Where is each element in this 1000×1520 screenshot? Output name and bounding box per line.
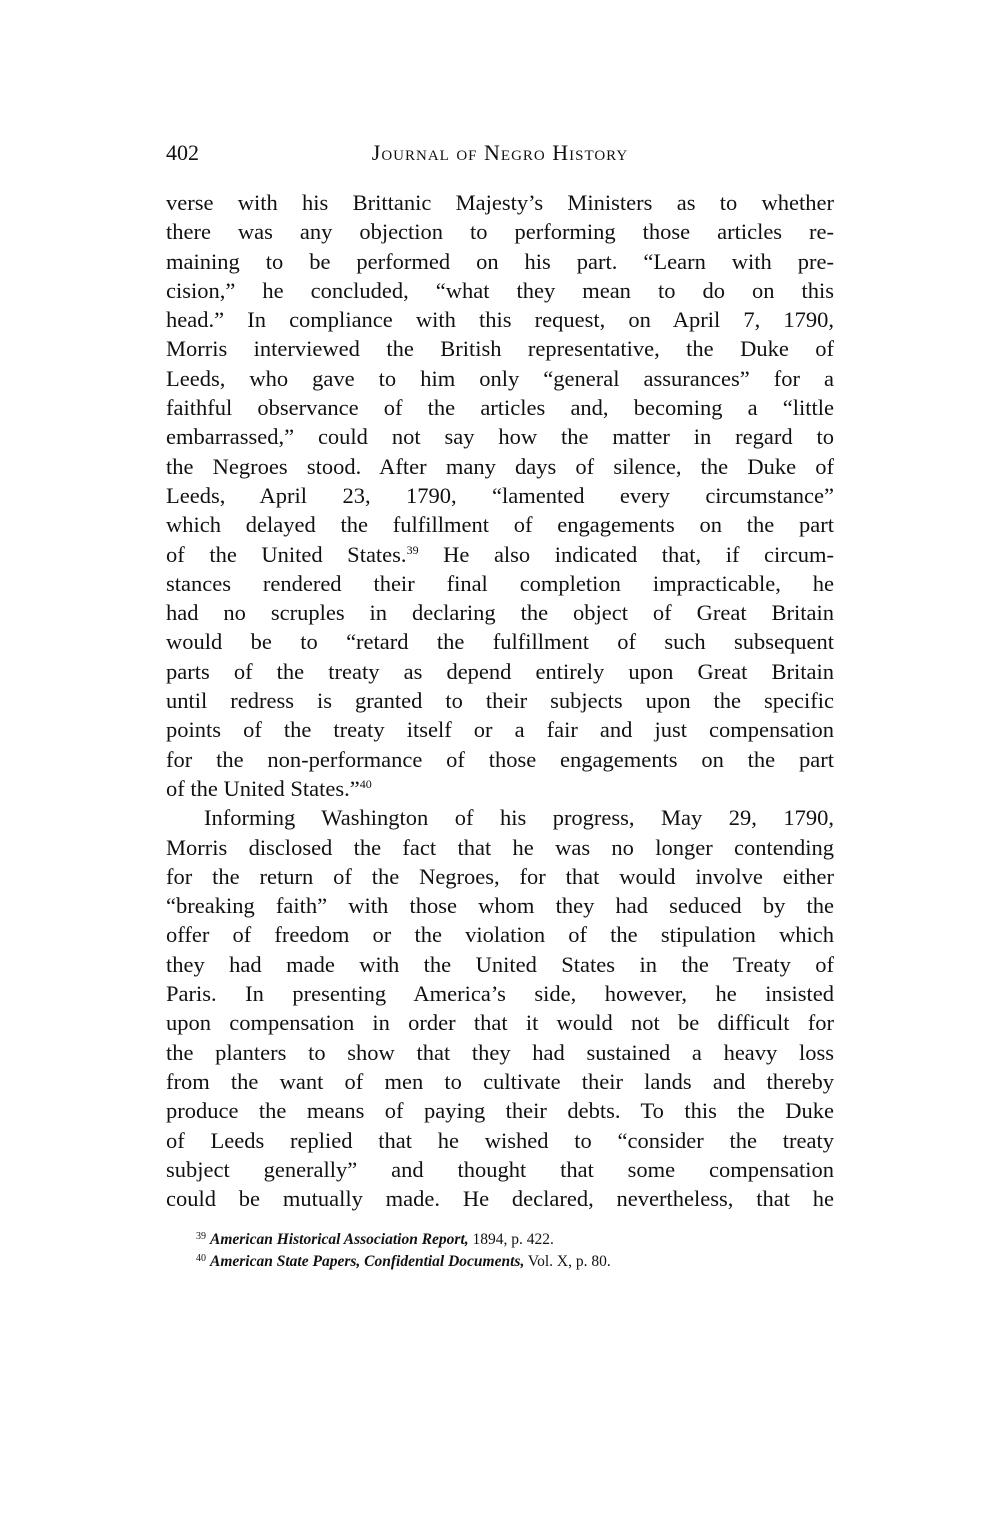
footnote-39: 39American Historical Association Report… <box>196 1226 836 1248</box>
text-line: there was any objection to performing th… <box>166 217 834 246</box>
text-line: which delayed the fulfillment of engagem… <box>166 510 834 539</box>
text-line: they had made with the United States in … <box>166 950 834 979</box>
body-text: verse with his Brittanic Majesty’s Minis… <box>166 188 834 1213</box>
text-line: subject generally” and thought that some… <box>166 1155 834 1184</box>
text-line: could be mutually made. He declared, nev… <box>166 1184 834 1213</box>
text-line: maining to be performed on his part. “Le… <box>166 247 834 276</box>
text-line: of the United States.39 He also indicate… <box>166 540 834 569</box>
text-line: upon compensation in order that it would… <box>166 1008 834 1037</box>
text-line: Leeds, who gave to him only “general ass… <box>166 364 834 393</box>
footnote-ref-39[interactable]: 39 <box>407 543 419 557</box>
text-line: cision,” he concluded, “what they mean t… <box>166 276 834 305</box>
text-line: the planters to show that they had susta… <box>166 1038 834 1067</box>
text-line: had no scruples in declaring the object … <box>166 598 834 627</box>
running-head: Journal of Negro History <box>340 140 660 166</box>
footnote-number: 39 <box>196 1231 206 1242</box>
text-line: would be to “retard the fulfillment of s… <box>166 627 834 656</box>
footnote-40: 40American State Papers, Confidential Do… <box>196 1248 836 1270</box>
text-line: Morris disclosed the fact that he was no… <box>166 833 834 862</box>
text-fragment: of the United States.” <box>166 776 360 801</box>
text-line: offer of freedom or the violation of the… <box>166 920 834 949</box>
footnote-citation: Vol. X, p. 80. <box>524 1253 610 1270</box>
text-line: the Negroes stood. After many days of si… <box>166 452 834 481</box>
text-line: “breaking faith” with those whom they ha… <box>166 891 834 920</box>
text-line: produce the means of paying their debts.… <box>166 1096 834 1125</box>
text-line: points of the treaty itself or a fair an… <box>166 715 834 744</box>
text-line: Morris interviewed the British represent… <box>166 334 834 363</box>
text-line: Leeds, April 23, 1790, “lamented every c… <box>166 481 834 510</box>
text-line: head.” In compliance with this request, … <box>166 305 834 334</box>
text-fragment: He also indicated that, if circum- <box>419 542 834 567</box>
page-number: 402 <box>166 140 199 166</box>
text-line: from the want of men to cultivate their … <box>166 1067 834 1096</box>
footnote-citation: 1894, p. 422. <box>469 1231 554 1248</box>
text-line: faithful observance of the articles and,… <box>166 393 834 422</box>
text-line: for the non-performance of those engagem… <box>166 745 834 774</box>
text-line: stances rendered their final completion … <box>166 569 834 598</box>
footnote-source-title: American State Papers, Confidential Docu… <box>210 1253 524 1270</box>
text-line: embarrassed,” could not say how the matt… <box>166 422 834 451</box>
text-fragment: of the United States. <box>166 542 407 567</box>
text-line: verse with his Brittanic Majesty’s Minis… <box>166 188 834 217</box>
text-line: Informing Washington of his progress, Ma… <box>166 803 834 832</box>
footnotes: 39American Historical Association Report… <box>196 1226 836 1270</box>
text-line: Paris. In presenting America’s side, how… <box>166 979 834 1008</box>
footnote-number: 40 <box>196 1253 206 1264</box>
text-line: until redress is granted to their subjec… <box>166 686 834 715</box>
footnote-ref-40[interactable]: 40 <box>360 777 372 791</box>
footnote-source-title: American Historical Association Report, <box>210 1231 469 1248</box>
text-line: of the United States.”40 <box>166 774 834 803</box>
text-line: of Leeds replied that he wished to “cons… <box>166 1126 834 1155</box>
text-line: for the return of the Negroes, for that … <box>166 862 834 891</box>
text-line: parts of the treaty as depend entirely u… <box>166 657 834 686</box>
